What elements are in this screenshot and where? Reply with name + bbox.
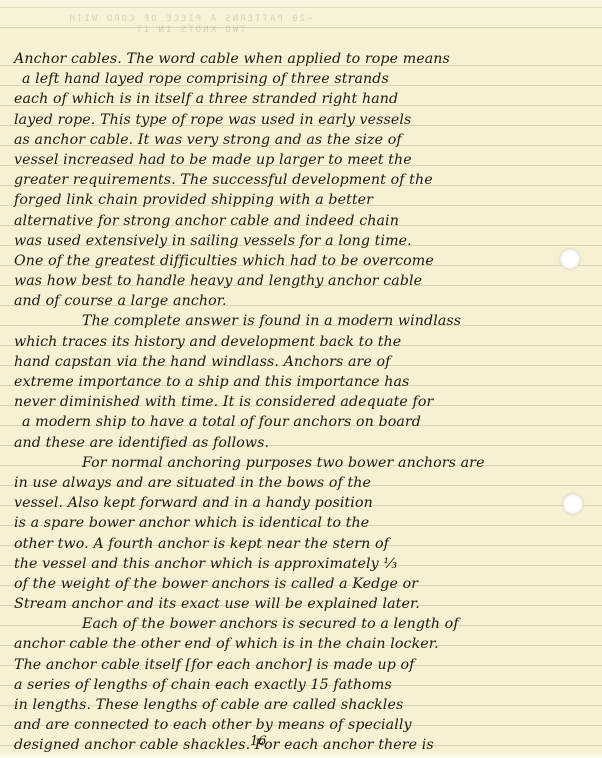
text-line: the vessel and this anchor which is appr… (14, 554, 584, 574)
text-line: was how best to handle heavy and lengthy… (14, 271, 584, 291)
text-line: greater requirements. The successful dev… (14, 170, 584, 190)
text-line: in use always and are situated in the bo… (14, 473, 584, 493)
text-line: Anchor cables. The word cable when appli… (14, 49, 584, 69)
text-line: of the weight of the bower anchors is ca… (14, 574, 584, 594)
page-number: 16 (0, 734, 602, 749)
text-line: The anchor cable itself [for each anchor… (14, 655, 584, 675)
text-line: The complete answer is found in a modern… (14, 311, 584, 331)
text-line: and these are identified as follows. (14, 433, 584, 453)
bleed-line: TWO KNOTS IN IT (40, 25, 340, 36)
text-line: which traces its history and development… (14, 332, 584, 352)
text-line: is a spare bower anchor which is identic… (14, 513, 584, 533)
text-line: layed rope. This type of rope was used i… (14, 110, 584, 130)
text-line: a left hand layed rope comprising of thr… (14, 69, 584, 89)
text-line: never diminished with time. It is consid… (14, 392, 584, 412)
text-line: Each of the bower anchors is secured to … (14, 614, 584, 634)
text-line: forged link chain provided shipping with… (14, 190, 584, 210)
bleed-line: —20 PATTERNS A PIECE OF CORD WITH (40, 14, 340, 25)
text-line: and are connected to each other by means… (14, 715, 584, 735)
text-line: vessel increased had to be made up large… (14, 150, 584, 170)
handwritten-text: Anchor cables. The word cable when appli… (14, 49, 584, 756)
text-line: was used extensively in sailing vessels … (14, 231, 584, 251)
handwritten-page: —20 PATTERNS A PIECE OF CORD WITH TWO KN… (0, 0, 602, 758)
text-line: For normal anchoring purposes two bower … (14, 453, 584, 473)
text-line: One of the greatest difficulties which h… (14, 251, 584, 271)
text-line: and of course a large anchor. (14, 291, 584, 311)
bleed-through-text: —20 PATTERNS A PIECE OF CORD WITH TWO KN… (40, 14, 340, 36)
text-line: a modern ship to have a total of four an… (14, 412, 584, 432)
text-line: anchor cable the other end of which is i… (14, 634, 584, 654)
text-line: hand capstan via the hand windlass. Anch… (14, 352, 584, 372)
text-line: as anchor cable. It was very strong and … (14, 130, 584, 150)
text-line: Stream anchor and its exact use will be … (14, 594, 584, 614)
text-line: in lengths. These lengths of cable are c… (14, 695, 584, 715)
page-edge (0, 752, 602, 758)
text-line: extreme importance to a ship and this im… (14, 372, 584, 392)
punch-hole (560, 249, 580, 269)
text-line: each of which is in itself a three stran… (14, 89, 584, 109)
text-line: other two. A fourth anchor is kept near … (14, 534, 584, 554)
text-line: vessel. Also kept forward and in a handy… (14, 493, 584, 513)
punch-hole (563, 494, 583, 514)
text-line: a series of lengths of chain each exactl… (14, 675, 584, 695)
text-line: alternative for strong anchor cable and … (14, 211, 584, 231)
